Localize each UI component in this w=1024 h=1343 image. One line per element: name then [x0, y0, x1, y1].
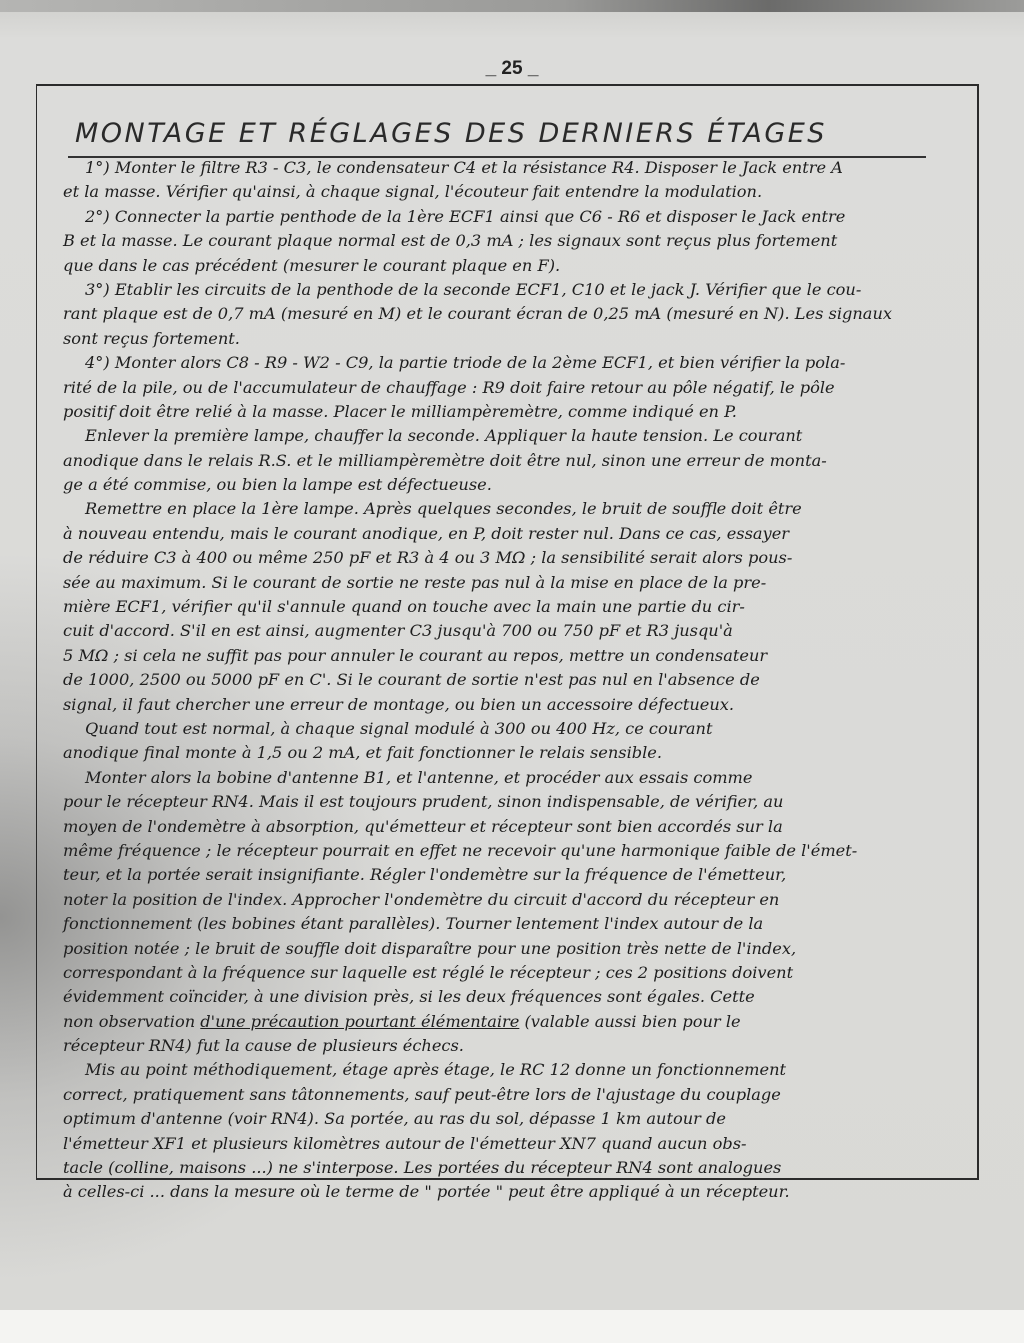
text-line: 4°) Monter alors C8 - R9 - W2 - C9, la p…	[63, 351, 943, 375]
text-line: à celles-ci ... dans la mesure où le ter…	[63, 1180, 943, 1204]
text-line: 5 MΩ ; si cela ne suffit pas pour annule…	[63, 644, 943, 668]
text-line: correspondant à la fréquence sur laquell…	[63, 961, 943, 985]
text-line: cuit d'accord. S'il en est ainsi, augmen…	[63, 619, 943, 643]
underlined-phrase: d'une précaution pourtant élémentaire	[200, 1012, 519, 1031]
text-line: sée au maximum. Si le courant de sortie …	[63, 571, 943, 595]
text-line: mière ECF1, vérifier qu'il s'annule quan…	[63, 595, 943, 619]
text-line: anodique final monte à 1,5 ou 2 mA, et f…	[63, 741, 943, 765]
text-line: 1°) Monter le filtre R3 - C3, le condens…	[63, 156, 943, 180]
text-line: Enlever la première lampe, chauffer la s…	[63, 424, 943, 448]
scan-shadow-band	[0, 0, 1024, 12]
text-line: 3°) Etablir les circuits de la penthode …	[63, 278, 943, 302]
handwritten-body-text: 1°) Monter le filtre R3 - C3, le condens…	[63, 156, 943, 1205]
text-line: signal, il faut chercher une erreur de m…	[63, 693, 943, 717]
text-line: Mis au point méthodiquement, étage après…	[63, 1058, 943, 1082]
text-line: que dans le cas précédent (mesurer le co…	[63, 254, 943, 278]
text-line: pour le récepteur RN4. Mais il est toujo…	[63, 790, 943, 814]
text-line: sont reçus fortement.	[63, 327, 943, 351]
text-line: rité de la pile, ou de l'accumulateur de…	[63, 376, 943, 400]
text-line: position notée ; le bruit de souffle doi…	[63, 937, 943, 961]
text-line: Monter alors la bobine d'antenne B1, et …	[63, 766, 943, 790]
text-line: Remettre en place la 1ère lampe. Après q…	[63, 497, 943, 521]
text-line: et la masse. Vérifier qu'ainsi, à chaque…	[63, 180, 943, 204]
text-line: optimum d'antenne (voir RN4). Sa portée,…	[63, 1107, 943, 1131]
text-line: tacle (colline, maisons ...) ne s'interp…	[63, 1156, 943, 1180]
text-line: de 1000, 2500 ou 5000 pF en C'. Si le co…	[63, 668, 943, 692]
text-line: évidemment coïncider, à une division prè…	[63, 985, 943, 1009]
page-title: MONTAGE ET RÉGLAGES DES DERNIERS ÉTAGES	[75, 118, 935, 149]
text-line: noter la position de l'index. Approcher …	[63, 888, 943, 912]
text-line: Quand tout est normal, à chaque signal m…	[63, 717, 943, 741]
text-line: rant plaque est de 0,7 mA (mesuré en M) …	[63, 302, 943, 326]
text-line: ge a été commise, ou bien la lampe est d…	[63, 473, 943, 497]
page-number: _ 25 _	[0, 58, 1024, 80]
text-line: moyen de l'ondemètre à absorption, qu'ém…	[63, 815, 943, 839]
text-line: même fréquence ; le récepteur pourrait e…	[63, 839, 943, 863]
text-line: de réduire C3 à 400 ou même 250 pF et R3…	[63, 546, 943, 570]
text-line: teur, et la portée serait insignifiante.…	[63, 863, 943, 887]
text-line: fonctionnement (les bobines étant parall…	[63, 912, 943, 936]
text-line: à nouveau entendu, mais le courant anodi…	[63, 522, 943, 546]
text-line: l'émetteur XF1 et plusieurs kilomètres a…	[63, 1132, 943, 1156]
text-line: correct, pratiquement sans tâtonnements,…	[63, 1083, 943, 1107]
text-line: anodique dans le relais R.S. et le milli…	[63, 449, 943, 473]
text-line: 2°) Connecter la partie penthode de la 1…	[63, 205, 943, 229]
text-line: positif doit être relié à la masse. Plac…	[63, 400, 943, 424]
text-line: B et la masse. Le courant plaque normal …	[63, 229, 943, 253]
text-line: non observation d'une précaution pourtan…	[63, 1010, 943, 1034]
text-line: récepteur RN4) fut la cause de plusieurs…	[63, 1034, 943, 1058]
